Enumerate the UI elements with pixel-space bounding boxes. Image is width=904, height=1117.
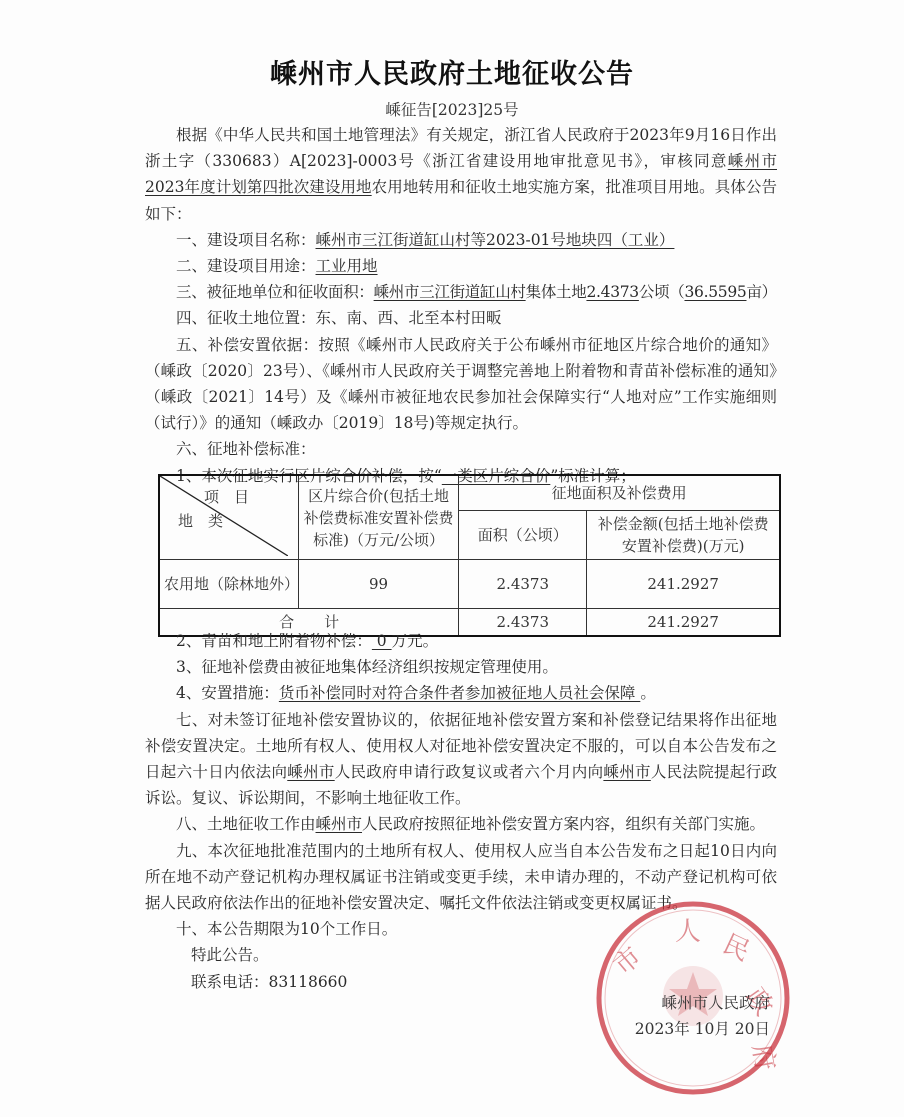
item-6-4: 4、安置措施：货币补偿同时对符合条件者参加被征地人员社会保障 。 bbox=[145, 680, 777, 706]
item-6-3: 3、征地补偿费由被征地集体经济组织按规定管理使用。 bbox=[145, 654, 777, 680]
item-3-area-mu: 36.5595 bbox=[684, 283, 746, 301]
cell-price: 99 bbox=[298, 560, 458, 609]
item-8: 八、土地征收工作由嵊州市人民政府按照征地补偿安置方案内容，组织有关部门实施。 bbox=[145, 811, 777, 837]
cell-area: 2.4373 bbox=[459, 560, 587, 609]
diagonal-header-cell: 项 目 地 类 bbox=[159, 475, 298, 560]
table-row: 农用地（除林地外） 99 2.4373 241.2927 bbox=[159, 560, 780, 609]
header-amount: 补偿金额(包括土地补偿费安置补偿费)(万元) bbox=[587, 511, 780, 560]
item-3: 三、被征地单位和征收面积：嵊州市三江街道缸山村集体土地2.4373公顷（36.5… bbox=[145, 279, 777, 305]
preamble-text: 根据《中华人民共和国土地管理法》有关规定，浙江省人民政府于2023年9月16日作… bbox=[145, 126, 777, 170]
item-6-2-value: 0 bbox=[372, 632, 392, 650]
cell-land-type: 农用地（除林地外） bbox=[159, 560, 298, 609]
header-area: 面积（公顷） bbox=[459, 511, 587, 560]
document-page: 嵊州市人民政府土地征收公告 嵊征告[2023]25号 根据《中华人民共和国土地管… bbox=[0, 0, 904, 1117]
header-price: 区片综合价(包括土地补偿费标准安置补偿费标准)（万元/公顷） bbox=[298, 475, 458, 560]
item-3-mid: 集体土地 bbox=[526, 283, 587, 301]
item-5: 五、补偿安置依据：按照《嵊州市人民政府关于公布嵊州市征地区片综合地价的通知》（嵊… bbox=[145, 332, 777, 437]
cell-amount: 241.2927 bbox=[587, 560, 780, 609]
item-8-city: 嵊州市 bbox=[316, 815, 363, 833]
svg-text:府: 府 bbox=[746, 1042, 780, 1073]
item-2-label: 二、建设项目用途： bbox=[176, 257, 316, 275]
item-6: 六、征地补偿标准： bbox=[145, 436, 777, 462]
item-7-city-1: 嵊州市 bbox=[287, 763, 334, 781]
item-2: 二、建设项目用途：工业用地 bbox=[145, 253, 777, 279]
document-number: 嵊征告[2023]25号 bbox=[0, 98, 904, 120]
item-3-ha-label: 公顷（ bbox=[639, 283, 685, 301]
item-6-2-pre: 2、青苗和地上附着物补偿： bbox=[176, 632, 372, 650]
item-3-unit: 嵊州市三江街道缸山村 bbox=[374, 283, 526, 301]
item-1-label: 一、建设项目名称： bbox=[176, 231, 316, 249]
phone-label: 联系电话： bbox=[191, 973, 269, 991]
item-3-area-ha: 2.4373 bbox=[586, 283, 638, 301]
item-8-text-b: 人民政府按照征地补偿安置方案内容，组织有关部门实施。 bbox=[362, 815, 765, 833]
issue-date: 2023年 10月 20日 bbox=[590, 1016, 770, 1042]
item-6-2-post: 万元。 bbox=[392, 632, 439, 650]
svg-text:民: 民 bbox=[718, 929, 754, 967]
item-7-text-b: 人民政府申请行政复议或者六个月内向 bbox=[335, 763, 604, 781]
item-6-4-pre: 4、安置措施： bbox=[176, 684, 279, 702]
item-6-4-post: 。 bbox=[640, 684, 656, 702]
item-4: 四、征收土地位置：东、南、西、北至本村田畈 bbox=[145, 305, 777, 331]
signature-block: 嵊州市人民政府 2023年 10月 20日 bbox=[620, 990, 770, 1042]
preamble-paragraph: 根据《中华人民共和国土地管理法》有关规定，浙江省人民政府于2023年9月16日作… bbox=[145, 122, 777, 227]
item-6-4-measure: 货币补偿同时对符合条件者参加被征地人员社会保障 bbox=[279, 684, 640, 702]
item-3-mu-label: 亩） bbox=[746, 283, 776, 301]
item-2-value: 工业用地 bbox=[316, 257, 378, 275]
issuer-name: 嵊州市人民政府 bbox=[620, 990, 770, 1016]
compensation-table: 项 目 地 类 区片综合价(包括土地补偿费标准安置补偿费标准)（万元/公顷） 征… bbox=[158, 474, 781, 637]
diag-header-item: 项 目 bbox=[204, 486, 249, 508]
item-1: 一、建设项目名称：嵊州市三江街道缸山村等2023-01号地块四（工业） bbox=[145, 227, 777, 253]
svg-text:人: 人 bbox=[675, 917, 701, 947]
item-7: 七、对未签订征地补偿安置协议的，依据征地补偿安置方案和补偿登记结果将作出征地补偿… bbox=[145, 707, 777, 812]
item-8-text-a: 八、土地征收工作由 bbox=[176, 815, 316, 833]
table-header-row: 项 目 地 类 区片综合价(包括土地补偿费标准安置补偿费标准)（万元/公顷） 征… bbox=[159, 475, 780, 511]
document-title: 嵊州市人民政府土地征收公告 bbox=[0, 52, 904, 91]
item-3-label: 三、被征地单位和征收面积： bbox=[176, 283, 374, 301]
diag-header-landtype: 地 类 bbox=[178, 510, 223, 532]
header-group: 征地面积及补偿费用 bbox=[459, 475, 780, 511]
phone-number: 83118660 bbox=[269, 973, 348, 991]
item-1-value: 嵊州市三江街道缸山村等2023-01号地块四（工业） bbox=[316, 231, 675, 249]
item-7-city-2: 嵊州市 bbox=[603, 763, 650, 781]
document-body: 根据《中华人民共和国土地管理法》有关规定，浙江省人民政府于2023年9月16日作… bbox=[145, 122, 777, 489]
item-6-2: 2、青苗和地上附着物补偿： 0 万元。 bbox=[145, 628, 777, 654]
